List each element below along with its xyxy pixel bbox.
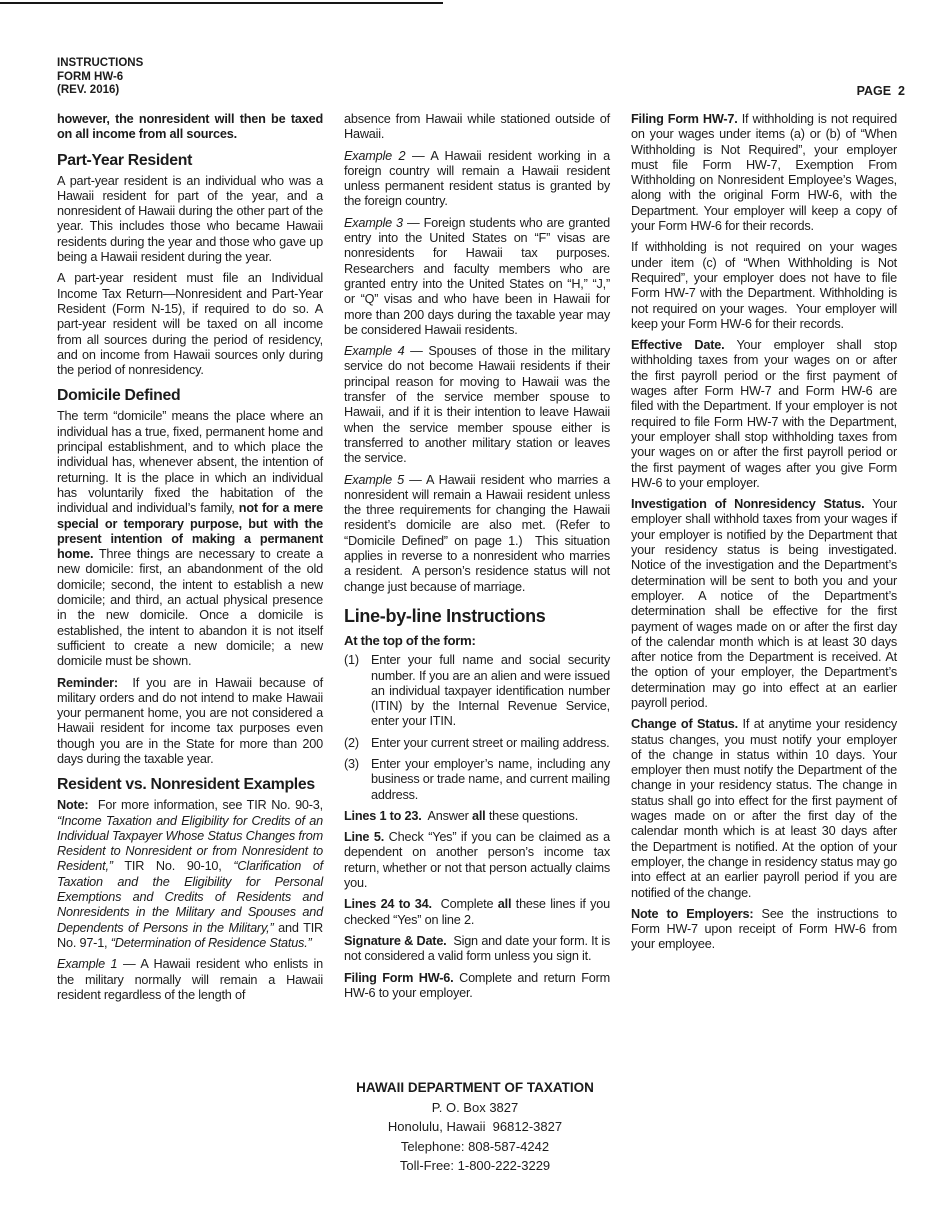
text-run: A part-year resident is an individual wh… <box>57 174 323 264</box>
text-run: Lines 24 to 34. <box>344 897 432 911</box>
text-run: Filing Form HW-6. <box>344 971 453 985</box>
text-run: these questions. <box>486 809 579 823</box>
heading-line-by-line-instructions: Line-by-line Instructions <box>344 606 610 627</box>
footer-city-zip: Honolulu, Hawaii 96812-3827 <box>0 1117 950 1137</box>
column-3: Filing Form HW-7. If withholding is not … <box>631 112 897 1009</box>
column-1: however, the nonresident will then be ta… <box>57 112 323 1009</box>
paragraph: If withholding is not required on your w… <box>631 240 897 332</box>
text-run: Answer <box>422 809 472 823</box>
text-run: Check “Yes” if you can be claimed as a d… <box>344 830 610 890</box>
paragraph: Example 1 — A Hawaii resident who enlist… <box>57 957 323 1003</box>
paragraph: Filing Form HW-7. If withholding is not … <box>631 112 897 234</box>
document-page: INSTRUCTIONS FORM HW-6 (REV. 2016) PAGE … <box>0 0 950 1230</box>
paragraph: Note: For more information, see TIR No. … <box>57 798 323 951</box>
heading-at-the-top-of-the-form: At the top of the form: <box>344 633 610 648</box>
text-run: Signature & Date. <box>344 934 447 948</box>
footer-telephone: Telephone: 808-587-4242 <box>0 1137 950 1157</box>
text-run: Note: <box>57 798 88 812</box>
text-run: If withholding is not required on your w… <box>631 240 897 330</box>
paragraph: Reminder: If you are in Hawaii because o… <box>57 676 323 768</box>
list-item: (2)Enter your current street or mailing … <box>344 736 610 751</box>
paragraph: Example 4 — Spouses of those in the mili… <box>344 344 610 466</box>
form-identifier: INSTRUCTIONS FORM HW-6 (REV. 2016) <box>57 57 143 98</box>
text-run: A part-year resident must file an Indivi… <box>57 271 323 377</box>
list-item: (3)Enter your employer’s name, including… <box>344 757 610 803</box>
header-line-revision: (REV. 2016) <box>57 84 143 98</box>
text-run: If withholding is not required on your w… <box>631 112 897 233</box>
paragraph: Investigation of Nonresidency Status. Yo… <box>631 497 897 711</box>
paragraph: Change of Status. If at anytime your res… <box>631 717 897 901</box>
footer-department-title: HAWAII DEPARTMENT OF TAXATION <box>0 1078 950 1098</box>
text-run: — Spouses of those in the military servi… <box>344 344 610 465</box>
text-run: Example 5 <box>344 473 404 487</box>
text-run: Effective Date. <box>631 338 724 352</box>
header-line-instructions: INSTRUCTIONS <box>57 57 143 71</box>
paragraph: Note to Employers: See the instructions … <box>631 907 897 953</box>
text-run: “Determination of Residence Status.” <box>111 936 312 950</box>
paragraph: A part-year resident is an individual wh… <box>57 174 323 266</box>
column-2: absence from Hawaii while stationed outs… <box>344 112 610 1009</box>
list-marker: (2) <box>344 736 359 751</box>
paragraph: The term “domicile” means the place wher… <box>57 409 323 669</box>
text-run: Filing Form HW-7. <box>631 112 738 126</box>
list-item: (1)Enter your full name and social secur… <box>344 653 610 729</box>
text-run: — A Hawaii resident who marries a nonres… <box>344 473 610 594</box>
paragraph: absence from Hawaii while stationed outs… <box>344 112 610 143</box>
paragraph: Lines 24 to 34. Complete all these lines… <box>344 897 610 928</box>
text-run: Enter your employer’s name, including an… <box>371 757 610 802</box>
heading-resident-vs-nonresident-examples: Resident vs. Nonresident Examples <box>57 776 323 794</box>
heading-domicile-defined: Domicile Defined <box>57 387 323 405</box>
paragraph: Signature & Date. Sign and date your for… <box>344 934 610 965</box>
text-run: Your employer shall stop withholding tax… <box>631 338 897 490</box>
text-run: absence from Hawaii while stationed outs… <box>344 112 610 141</box>
text-run: TIR No. 90-10, <box>113 859 234 873</box>
text-run: Complete <box>432 897 498 911</box>
page-number-label: PAGE 2 <box>857 84 905 98</box>
text-run: however, the nonresident will then be ta… <box>57 112 323 141</box>
paragraph: Example 3 — Foreign students who are gra… <box>344 216 610 338</box>
paragraph: A part-year resident must file an Indivi… <box>57 271 323 378</box>
footer-toll-free: Toll-Free: 1-800-222-3229 <box>0 1156 950 1176</box>
text-run: Example 2 <box>344 149 405 163</box>
text-run: all <box>472 809 486 823</box>
department-footer: HAWAII DEPARTMENT OF TAXATION P. O. Box … <box>0 1078 950 1176</box>
paragraph: Example 2 — A Hawaii resident working in… <box>344 149 610 210</box>
text-run: Example 4 <box>344 344 405 358</box>
text-run: Reminder: <box>57 676 118 690</box>
text-run: Note to Employers: <box>631 907 753 921</box>
text-run: all <box>498 897 512 911</box>
paragraph: Line 5. Check “Yes” if you can be claime… <box>344 830 610 891</box>
list-marker: (3) <box>344 757 359 772</box>
paragraph: Lines 1 to 23. Answer all these question… <box>344 809 610 824</box>
text-run: Line 5. <box>344 830 384 844</box>
document-body: however, the nonresident will then be ta… <box>57 112 897 1009</box>
header-line-form-number: FORM HW-6 <box>57 71 143 85</box>
text-run: Three things are necessary to create a n… <box>57 547 323 668</box>
text-run: The term “domicile” means the place wher… <box>57 409 323 515</box>
text-run: Your employer shall withhold taxes from … <box>631 497 897 710</box>
footer-po-box: P. O. Box 3827 <box>0 1098 950 1118</box>
text-run: Enter your current street or mailing add… <box>371 736 610 750</box>
paragraph: Filing Form HW-6. Complete and return Fo… <box>344 971 610 1002</box>
text-run: Investigation of Nonresidency Status. <box>631 497 864 511</box>
text-run: Enter your full name and social security… <box>371 653 610 728</box>
text-run: Example 3 <box>344 216 403 230</box>
paragraph: however, the nonresident will then be ta… <box>57 112 323 143</box>
scan-artifact-line <box>0 2 443 4</box>
page-header: INSTRUCTIONS FORM HW-6 (REV. 2016) PAGE … <box>57 57 905 98</box>
text-run: Change of Status. <box>631 717 738 731</box>
text-run: — Foreign students who are granted entry… <box>344 216 610 337</box>
text-run: For more information, see TIR No. 90-3, <box>88 798 323 812</box>
text-run: If at anytime your residency status chan… <box>631 717 897 899</box>
paragraph: Effective Date. Your employer shall stop… <box>631 338 897 491</box>
list-marker: (1) <box>344 653 359 668</box>
text-run: Lines 1 to 23. <box>344 809 422 823</box>
heading-part-year-resident: Part-Year Resident <box>57 152 323 170</box>
paragraph: Example 5 — A Hawaii resident who marrie… <box>344 473 610 595</box>
text-run: Example 1 <box>57 957 117 971</box>
